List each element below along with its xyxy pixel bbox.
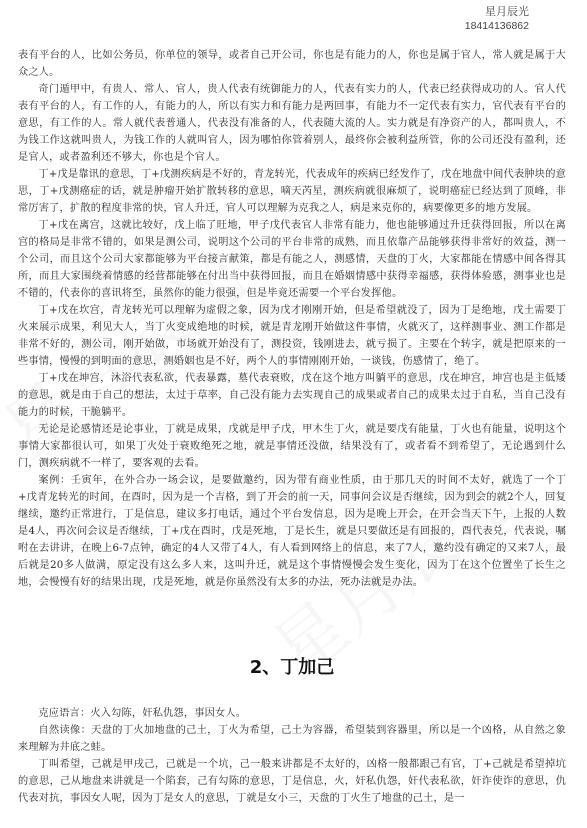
paragraph: 案例：壬寅年，在外合办一场会议，是要做邀约，因为带有商业性质，由于那几天的时间不… [18, 472, 566, 591]
paragraph: 丁+戊在坤宫，沐浴代表私欲，代表暴露，墓代表衰败，戊在这个地方叫躺平的意思，戊在… [18, 370, 566, 421]
author-phone: 18414136862 [465, 19, 529, 34]
paragraph: 无论是论感情还是论事业，丁就是成果，戊就是甲子戊，甲木生丁火，就是要戊有能量，丁… [18, 421, 566, 472]
paragraph: 表有平台的人，比如公务员，你单位的领导，或者自己开公司，你也是有能力的人，你也是… [18, 47, 566, 81]
paragraph: 自然读像：天盘的丁火加地盘的己土，丁火为希望，己土为容器，希望装到容器里，所以是… [18, 722, 566, 756]
paragraph: 奇门遁甲中，有贵人、常人、官人，贵人代表有统御能力的人，代表有实力的人，代表已经… [18, 81, 566, 166]
paragraph: 丁+戊在坎宫，青龙转光可以理解为虚假之象，因为戊才刚刚开始，但是希望就没了，因为… [18, 302, 566, 370]
section-heading: 2、丁加己 [18, 653, 566, 679]
document-body: 表有平台的人，比如公务员，你单位的领导，或者自己开公司，你也是有能力的人，你也是… [18, 47, 566, 807]
paragraph: 克应语言：火入勾陈，奸私仇怨，事因女人。 [18, 705, 566, 722]
paragraph: 丁叫希望，己就是甲戌己，己就是一个坑，己一般来讲都是不太好的，凶格一般都跟己有官… [18, 756, 566, 807]
paragraph: 丁+戊在离宫，这就比较好，戊上临了旺地，甲子戊代表官人非常有能力，他也能够通过升… [18, 217, 566, 302]
page-header: 星月辰光 18414136862 [465, 4, 529, 34]
author-name: 星月辰光 [465, 4, 529, 19]
paragraph: 丁+戊是靠讯的意思，丁+戊测疾病是不好的，青龙转光，代表成年的疾病已经发作了，戊… [18, 166, 566, 217]
